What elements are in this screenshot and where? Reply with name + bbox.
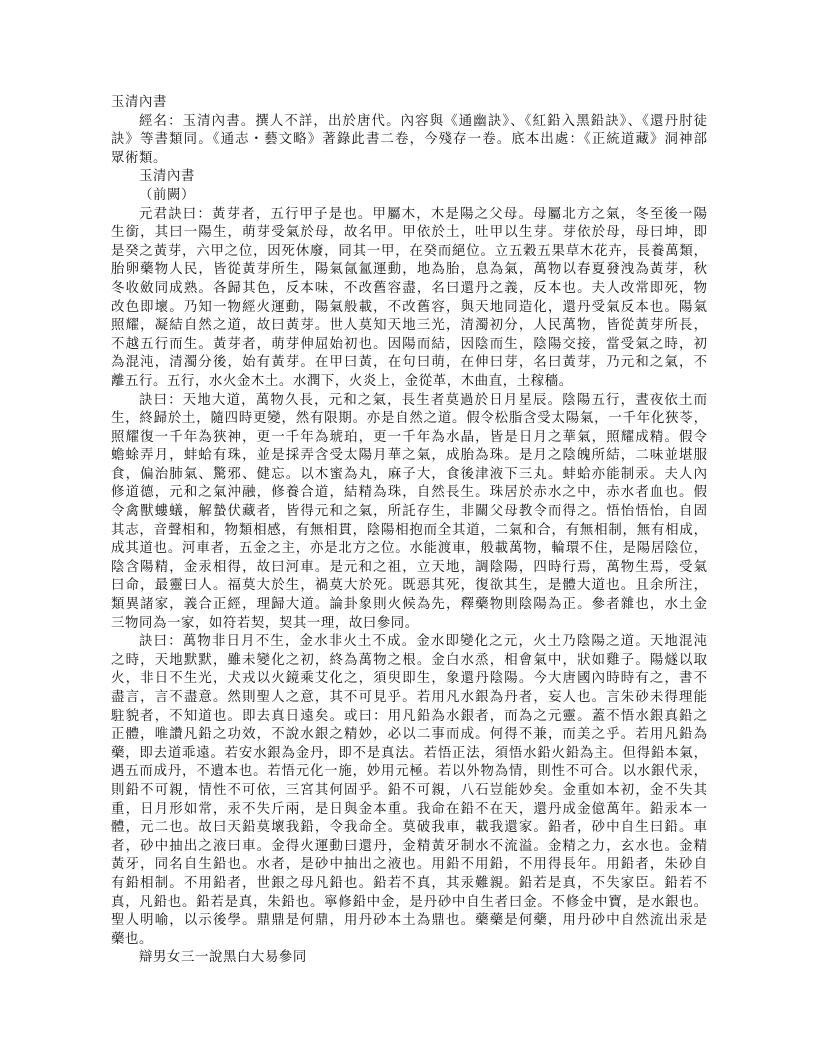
- next-section-heading: 辯男女三一說黑白大易參同: [111, 949, 707, 968]
- paragraph-line: 照耀復一千年為狹神，更一千年為琥珀，更一千年為水晶，皆是日月之華氣，照耀成精。假…: [111, 429, 707, 448]
- paragraph-line: 令禽獸螻蟻，解蟄伏藏者，皆得元和之氣，所託存生，非關父母教令而得之。悟怡悟怡，自…: [111, 503, 707, 522]
- preface-line: 眾術類。: [111, 150, 707, 169]
- paragraph-line: 訣曰：萬物非日月不生，金水非火土不成。金水即變化之元，火土乃陰陽之道。天地混沌: [111, 633, 707, 652]
- document-header: 玉清內書 經名：玉清內書。撰人不詳，出於唐代。內容與《通幽訣》、《紅鉛入黑鉛訣》…: [111, 94, 707, 168]
- paragraph-jue-2: 訣曰：萬物非日月不生，金水非火土不成。金水即變化之元，火土乃陰陽之道。天地混沌 …: [111, 633, 707, 949]
- paragraph-line: 之時，天地默默，雖未變化之初，終為萬物之根。金白水烝，相會氣中，狀如雞子。陽燧以…: [111, 652, 707, 671]
- paragraph-line: 聖人明喻，以示後學。鼎鼎是何鼎，用丹砂本土為鼎也。藥藥是何藥，用丹砂中自然流出汞…: [111, 912, 707, 931]
- paragraph-line: 陰含陽精，金汞相得，故曰河車。是元和之祖，立天地，調陰陽，四時行焉，萬物生焉，受…: [111, 559, 707, 578]
- paragraph-line: 照耀，凝結自然之道，故曰黃芽。世人莫知天地三光，清濁初分，人民萬物，皆從黃芽所長…: [111, 317, 707, 336]
- paragraph-line: 不越五行而生。黃芽者，萌芽伸屈始初也。因陽而結，因陰而生，陰陽交接，當受氣之時，…: [111, 336, 707, 355]
- paragraph-line: 重，日月形如常，汞不失斤兩，是日與金本重。我命在鉛不在天，還丹成金億萬年。鉛汞本…: [111, 801, 707, 820]
- paragraph-line: 修道德，元和之氣沖融，修養合道，結精為珠，自然長生。珠居於赤水之中，赤水者血也。…: [111, 484, 707, 503]
- paragraph-yuanjun: 元君訣曰：黃芽者，五行甲子是也。甲屬木，木是陽之父母。母屬北方之氣，冬至後一陽 …: [111, 206, 707, 392]
- paragraph-line: 駐貌者，不知道也。即去真日遠矣。或曰：用凡鉛為水銀者，而為之元靈。蓋不悟水銀真鉛…: [111, 708, 707, 727]
- document-page: 玉清內書 經名：玉清內書。撰人不詳，出於唐代。內容與《通幽訣》、《紅鉛入黑鉛訣》…: [111, 94, 707, 968]
- paragraph-line: 則鉛不可親，情性不可依，三宮其何固乎。鉛不可親，八石豈能妙矣。金重如本初，金不失…: [111, 782, 707, 801]
- paragraph-line: 食，偏治肺氣、驚邪、健忘。以木蜜為丸，麻子大，食後津液下三丸。蚌蛤亦能制汞。夫人…: [111, 466, 707, 485]
- document-title: 玉清內書: [111, 94, 707, 113]
- paragraph-jue-1: 訣曰：天地大道，萬物久長，元和之氣，長生者莫過於日月星辰。陰陽五行，晝夜依土而 …: [111, 392, 707, 634]
- paragraph-line: 遇五而成丹，不遺本也。若悟元化一施，妙用元極。若以外物為情，則性不可合。以水銀代…: [111, 763, 707, 782]
- section-heading: 玉清內書 （前闕）: [111, 168, 707, 205]
- paragraph-line: 盡言，言不盡意。然則聖人之意，其不可見乎。若用凡水銀為丹者，妄人也。言朱砂未得理…: [111, 689, 707, 708]
- paragraph-line: 是癸之黃芽，六甲之位，因死休廢，同其一甲，在癸而絕位。立五穀五果草木花卉，長養萬…: [111, 243, 707, 262]
- paragraph-line: 藥，即去道乖遠。若安水銀為金丹，即不是真法。若悟正法，須悟水鉛火鉛為主。但得鉛本…: [111, 745, 707, 764]
- lacuna-note: （前闕）: [111, 187, 707, 206]
- paragraph-line: 離五行。五行，水火金木土。水潤下，火炎上，金從革，木曲直，土稼穡。: [111, 373, 707, 392]
- paragraph-line: 體，元二也。故曰天鉛莫壞我鉛，令我命全。莫破我車，載我還家。鉛者，砂中自生曰鉛。…: [111, 819, 707, 838]
- paragraph-line: 訣曰：天地大道，萬物久長，元和之氣，長生者莫過於日月星辰。陰陽五行，晝夜依土而: [111, 392, 707, 411]
- paragraph-line: 藥也。: [111, 931, 707, 950]
- paragraph-line: 成其道也。河車者，五金之主，亦是北方之位。水能渡車，般載萬物，輪環不住，是陽居陰…: [111, 540, 707, 559]
- paragraph-line: 正體，唯讚凡鉛之功效，不說水銀之精妙，必以二事而成。何得不兼，而美之乎。若用凡鉛…: [111, 726, 707, 745]
- paragraph-line: 火，非日不生光，犬戎以火鏡乘艾化之，須臾即生，象還丹陰陽。今大唐國內時時有之，書…: [111, 670, 707, 689]
- section-title: 辯男女三一說黑白大易參同: [111, 949, 707, 968]
- paragraph-line: 其志，音聲相和，物類相感，有無相貫，陰陽相抱而全其道，二氣和合，有無相制，無有相…: [111, 522, 707, 541]
- paragraph-line: 曰命，最靈曰人。福莫大於生，禍莫大於死。既惡其死，復欲其生，是體大道也。且余所注…: [111, 577, 707, 596]
- paragraph-line: 三物同為一家，如符若契，契其一理，故曰參同。: [111, 615, 707, 634]
- paragraph-line: 生銜，其曰一陽生，萌芽受氣於母，故名甲。甲依於土，吐甲以生芽。芽依於母，母曰坤，…: [111, 224, 707, 243]
- preface-line: 訣》等書類同。《通志・藝文略》著錄此書二卷，今殘存一卷。底本出處：《正統道藏》洞…: [111, 131, 707, 150]
- preface-line: 經名：玉清內書。撰人不詳，出於唐代。內容與《通幽訣》、《紅鉛入黑鉛訣》、《還丹肘…: [111, 113, 707, 132]
- paragraph-line: 改色即壞。乃知一物經火運動，陽氣般載，不改舊容，與天地同造化，還丹受氣反本也。陽…: [111, 299, 707, 318]
- paragraph-line: 蟾蜍弄月，蚌蛤有珠，並是採弄含受太陽月華之氣，成胎為珠。是月之陰魄所結，二味並堪…: [111, 447, 707, 466]
- paragraph-line: 黃牙，同名自生鉛也。水者，是砂中抽出之液也。用鉛不用鉛，不用得長年。用鉛者，朱砂…: [111, 856, 707, 875]
- paragraph-line: 者，砂中抽出之液曰車。金得火運動曰還丹，金精黃牙制水不流溢。金精之力，玄水也。金…: [111, 838, 707, 857]
- paragraph-line: 有鉛相制。不用鉛者，世銀之母凡鉛也。鉛若不真，其汞難親。鉛若是真，不失家臣。鉛若…: [111, 875, 707, 894]
- section-title: 玉清內書: [111, 168, 707, 187]
- paragraph-line: 為混沌，清濁分後，始有黃芽。在甲曰黃，在句曰萌，在伸曰芽，名曰黃芽，乃元和之氣，…: [111, 354, 707, 373]
- paragraph-line: 真，凡鉛也。鉛若是真，朱鉛也。寧修鉛中金，是丹砂中自生者曰金。不修金中寶，是水銀…: [111, 894, 707, 913]
- paragraph-line: 冬收斂同成熟。各歸其色，反本味，不改舊容盡，名曰還丹之義，反本也。夫人改常即死，…: [111, 280, 707, 299]
- paragraph-line: 生，終歸於土，隨四時更變，然有限期。亦是自然之道。假令松脂含受太陽氣，一千年化狹…: [111, 410, 707, 429]
- paragraph-line: 胎卵藥物人民，皆從黃芽所生，陽氣氤氳運動，地為胎，息為氣，萬物以春夏發洩為黃芽，…: [111, 261, 707, 280]
- paragraph-line: 元君訣曰：黃芽者，五行甲子是也。甲屬木，木是陽之父母。母屬北方之氣，冬至後一陽: [111, 206, 707, 225]
- paragraph-line: 類異諸家，義合正經，理歸大道。論卦象則火候為先，釋藥物則陰陽為正。參者雜也，水土…: [111, 596, 707, 615]
